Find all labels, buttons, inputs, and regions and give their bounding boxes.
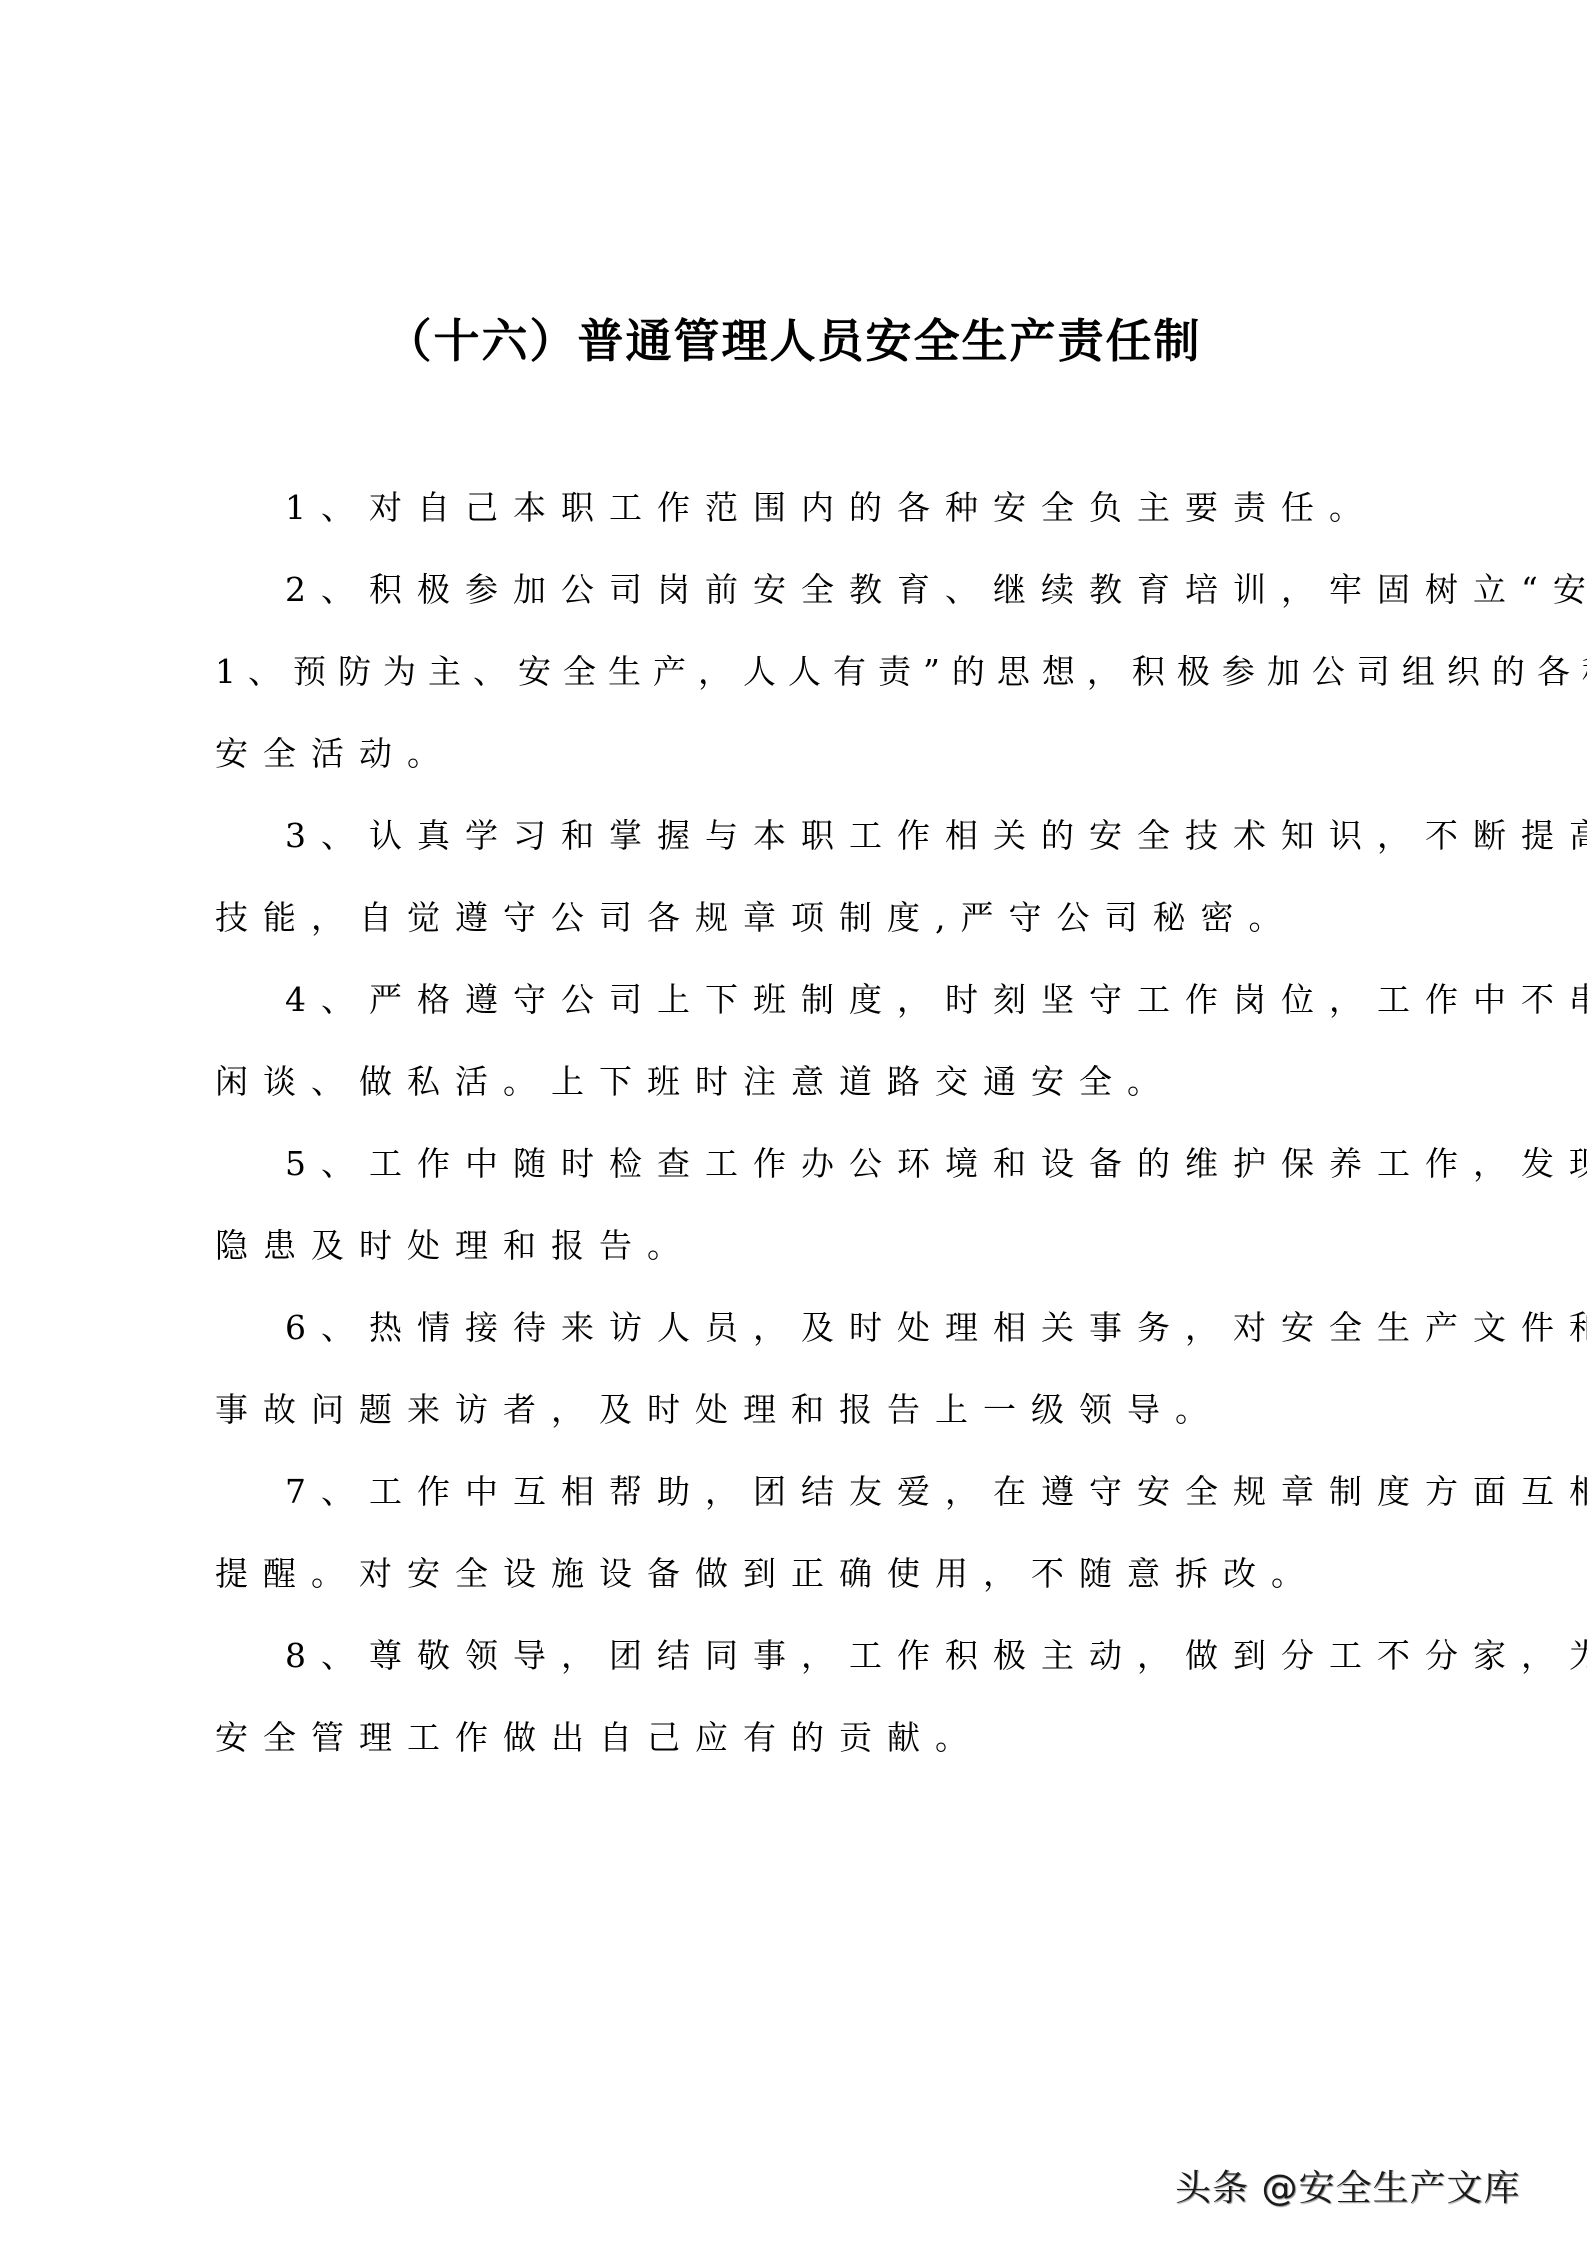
item-line: 1、预防为主、安全生产，人人有责”的思想，积极参加公司组织的各种 <box>215 652 1587 692</box>
item-line: 6、热情接待来访人员，及时处理相关事务，对安全生产文件和安全 <box>285 1308 1587 1348</box>
item-line: 技能，自觉遵守公司各规章项制度,严守公司秘密。 <box>215 898 1297 938</box>
item-line: 7、工作中互相帮助，团结友爱，在遵守安全规章制度方面互相监督、 <box>285 1472 1587 1512</box>
item-line: 安全管理工作做出自己应有的贡献。 <box>215 1718 983 1758</box>
document-title: （十六）普通管理人员安全生产责任制 <box>0 305 1587 371</box>
item-line: 闲谈、做私活。上下班时注意道路交通安全。 <box>215 1062 1175 1102</box>
item-line: 安全活动。 <box>215 734 455 774</box>
item-line: 3、认真学习和掌握与本职工作相关的安全技术知识，不断提高业务 <box>285 816 1587 856</box>
item-line: 提醒。对安全设施设备做到正确使用，不随意拆改。 <box>215 1554 1319 1594</box>
item-line: 5、工作中随时检查工作办公环境和设备的维护保养工作，发现安全 <box>285 1144 1587 1184</box>
item-line: 事故问题来访者，及时处理和报告上一级领导。 <box>215 1390 1223 1430</box>
watermark: 头条 @安全生产文库 <box>1175 2160 1520 2211</box>
item-line: 8、尊敬领导，团结同事，工作积极主动，做到分工不分家，为公司 <box>285 1636 1587 1676</box>
item-line: 4、严格遵守公司上下班制度，时刻坚守工作岗位，工作中不串岗、 <box>285 980 1587 1020</box>
item-line: 1、对自己本职工作范围内的各种安全负主要责任。 <box>285 488 1377 528</box>
item-line: 隐患及时处理和报告。 <box>215 1226 695 1266</box>
item-line: 2、积极参加公司岗前安全教育、继续教育培训，牢固树立“安全第 <box>285 570 1587 610</box>
